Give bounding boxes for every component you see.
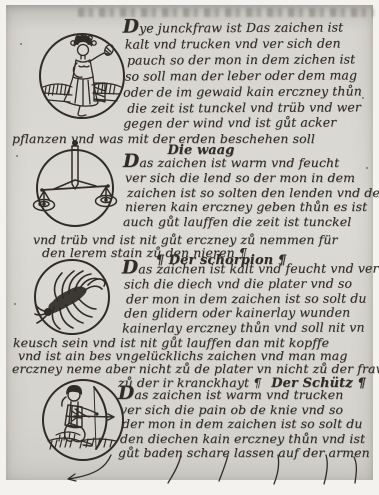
hatched-ground — [43, 83, 121, 102]
text-line: Das zaichen ist warm vnd trucken — [118, 388, 370, 403]
text-line: nieren kain erczney geben thůn es ist — [125, 200, 379, 215]
text-line: ver sich die pain ob de knie vnd so — [120, 403, 370, 418]
manuscript-page: Dye junckfraw ist Das zaichen istkalt vn… — [6, 5, 373, 480]
text-line: so soll man der leber oder dem mag — [125, 67, 362, 84]
ink-speck — [14, 303, 16, 305]
scorpion-figure — [35, 271, 105, 329]
pen-flourishes — [56, 455, 371, 485]
text-line: ver sich die lend so der mon in dem — [125, 171, 379, 186]
sagittarius-archer-medallion-icon — [38, 373, 128, 465]
text-line: auch gůt lauffen die zeit ist tunckel — [123, 215, 379, 230]
text-line: Dye junckfraw ist Das zaichen ist — [123, 19, 362, 36]
text-line: die zeit ist tunckel vnd trüb vnd wer — [127, 99, 362, 116]
maiden-figure — [64, 34, 115, 116]
ink-speck — [362, 97, 364, 99]
ink-speck — [16, 155, 18, 157]
virgo-maiden-medallion-icon — [38, 31, 126, 123]
ink-speck — [366, 167, 368, 169]
manuscript-photo: Dye junckfraw ist Das zaichen istkalt vn… — [0, 0, 379, 495]
text-line: kalt vnd trucken vnd ver sich den — [125, 35, 362, 52]
text-line: sich die diech vnd die plater vnd so — [124, 276, 379, 292]
ink-speck — [20, 43, 22, 45]
text-line: Das zaichen ist warm vnd feucht — [123, 156, 379, 171]
libra-paragraph: Das zaichen ist warm vnd feuchtver sich … — [123, 156, 379, 230]
scorpio-scorpion-medallion-icon — [30, 255, 114, 339]
text-line: oder de im gewaid kain erczney thůn — [123, 83, 362, 100]
libra-scales-medallion-icon — [32, 136, 118, 228]
text-line: pauch so der mon in dem zichen ist — [127, 51, 362, 68]
scorpio-paragraph: Das zaichen ist kalt vnd feucht vnd vers… — [122, 262, 379, 337]
text-line: der mon in dem zaichen ist so solt du — [122, 417, 370, 432]
text-line: gegen der wind vnd ist gůt acker — [123, 115, 362, 132]
sagittarius-paragraph: Das zaichen ist warm vnd truckenver sich… — [118, 388, 370, 461]
virgo-paragraph: Dye junckfraw ist Das zaichen istkalt vn… — [123, 19, 362, 132]
